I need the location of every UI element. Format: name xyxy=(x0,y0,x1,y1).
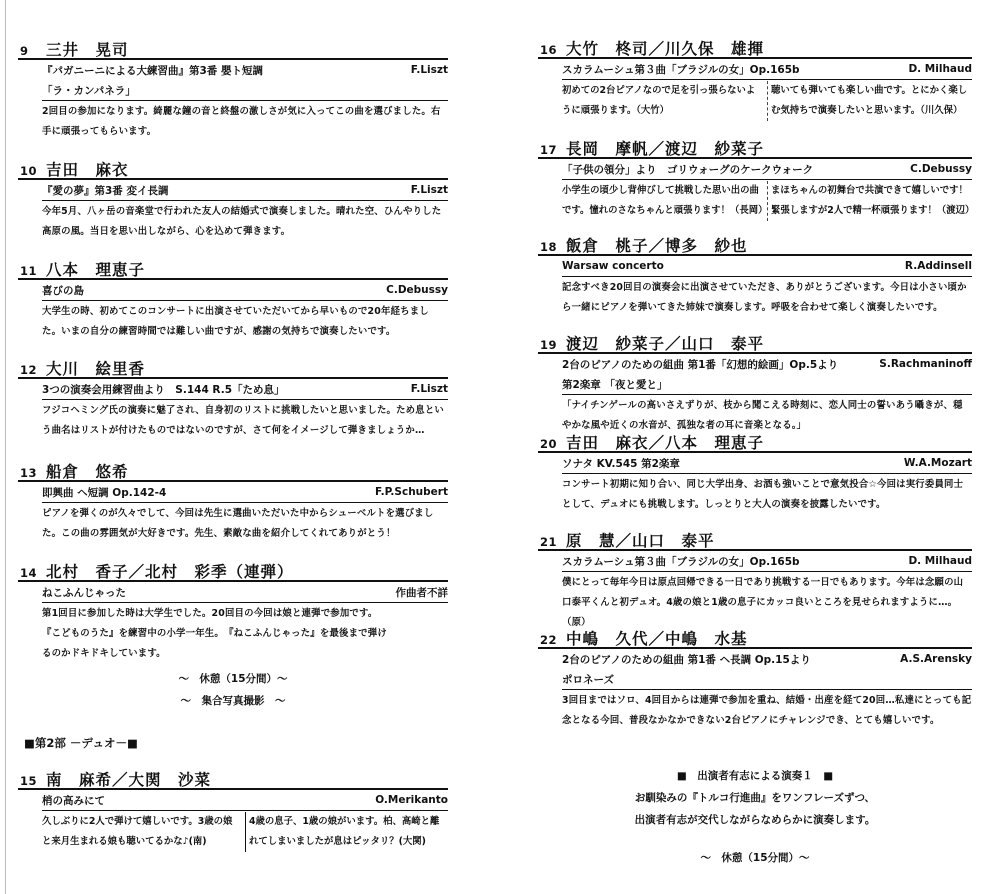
performer-name: 船倉 悠希 xyxy=(46,460,129,482)
program-entry-12: 12 大川 絵里香 3つの演奏会用練習曲より S.144 R.5「ため息」 F.… xyxy=(18,357,448,441)
entry-header: 18 飯倉 桃子／博多 紗也 xyxy=(538,234,972,256)
performer-name: 南 麻希／大関 沙菜 xyxy=(46,768,211,790)
entry-header: 10 吉田 麻衣 xyxy=(18,158,448,180)
piece-block: Warsaw concerto R.Addinsell xyxy=(562,256,972,277)
special-performance-title: ■ 出演者有志による演奏１ ■ xyxy=(538,765,972,787)
program-entry-9: 9 三井 晃司 『パガニーニによる大練習曲』第3番 嬰ト短調 F.Liszt 「… xyxy=(18,38,448,142)
comment-line: 第1回目に参加した時は大学生でした。20回目の今回は娘と連弾で参加です。 xyxy=(42,604,448,624)
piece-title: Warsaw concerto xyxy=(562,260,664,272)
piece-block: 『パガニーニによる大練習曲』第3番 嬰ト短調 F.Liszt 「ラ・カンパネラ」 xyxy=(42,60,448,101)
program-entry-18: 18 飯倉 桃子／博多 紗也 Warsaw concerto R.Addinse… xyxy=(538,234,972,318)
piece-block: スカラムーシュ第３曲「ブラジルの女」Op.165b D. Milhaud xyxy=(562,551,972,572)
piece-title: 3つの演奏会用練習曲より S.144 R.5「ため息」 xyxy=(42,382,285,397)
piece-block: 梢の高みにて O.Merikanto xyxy=(42,790,448,811)
comment-left: 久しぶりに2人で弾けて嬉しいです。3歳の娘と来月生まれる娘も聴いてるかな♪(南) xyxy=(42,812,245,852)
piece-title: 梢の高みにて xyxy=(42,793,105,808)
composer: 作曲者不詳 xyxy=(396,585,449,600)
composer: S.Rachmaninoff xyxy=(879,358,972,370)
intermission-break-2: ～ 休憩（15分間）～ xyxy=(538,847,972,869)
entry-header: 15 南 麻希／大関 沙菜 xyxy=(18,768,448,790)
comment-right: まほちゃんの初舞台で共演できて嬉しいです！緊張しますが2人で精一杯頑張ります！（… xyxy=(767,181,972,221)
intermission-photo: ～ 集合写真撮影 ～ xyxy=(18,690,448,712)
entry-number: 11 xyxy=(18,264,46,278)
piece-block: 「子供の領分」より ゴリウォーグのケークウォーク C.Debussy xyxy=(562,159,972,180)
performer-name: 八本 理恵子 xyxy=(46,258,145,280)
entry-number: 15 xyxy=(18,774,46,788)
piece-subtitle: ポロネーズ xyxy=(562,672,614,687)
entry-number: 16 xyxy=(538,43,566,57)
piece-title: 即興曲 ヘ短調 Op.142-4 xyxy=(42,485,166,500)
piece-title: スカラムーシュ第３曲「ブラジルの女」Op.165b xyxy=(562,554,800,569)
composer: D. Milhaud xyxy=(908,63,972,75)
performer-comment: 今年5月、八ヶ岳の音楽堂で行われた友人の結婚式で演奏しました。晴れた空、ひんやり… xyxy=(42,201,448,242)
piece-title: 2台のピアノのための組曲 第1番 ヘ長調 Op.15より xyxy=(562,652,811,667)
piece-block: 2台のピアノのための組曲 第1番「幻想的絵画」Op.5より S.Rachmani… xyxy=(562,354,972,395)
performer-name: 吉田 麻衣 xyxy=(46,158,129,180)
performer-name: 原 慧／山口 泰平 xyxy=(566,529,715,551)
entry-number: 19 xyxy=(538,338,566,352)
page-edge xyxy=(5,0,6,894)
performer-comment: 第1回目に参加した時は大学生でした。20回目の今回は娘と連弾で参加です。 『こど… xyxy=(42,603,448,664)
composer: W.A.Mozart xyxy=(904,457,972,469)
composer: F.Liszt xyxy=(411,64,448,76)
entry-number: 9 xyxy=(18,44,46,58)
composer: C.Debussy xyxy=(910,163,972,175)
performer-comments: 初めての2台ピアノなので足を引っ張らないように頑張ります。（大竹） 聴いても弾い… xyxy=(562,80,972,121)
entry-header: 16 大竹 柊司／川久保 雄揮 xyxy=(538,37,972,59)
entry-header: 12 大川 絵里香 xyxy=(18,357,448,379)
composer: A.S.Arensky xyxy=(900,653,972,665)
entry-number: 20 xyxy=(538,437,566,451)
performer-name: 北村 香子／北村 彩季（連弾） xyxy=(46,560,294,582)
performer-comments: 久しぶりに2人で弾けて嬉しいです。3歳の娘と来月生まれる娘も聴いてるかな♪(南)… xyxy=(42,811,448,852)
performer-name: 飯倉 桃子／博多 紗也 xyxy=(566,234,748,256)
program-entry-22: 22 中嶋 久代／中嶋 水基 2台のピアノのための組曲 第1番 ヘ長調 Op.1… xyxy=(538,627,972,731)
performer-comment: コンサート初期に知り合い、同じ大学出身、お酒も強いことで意気投合☆今回は実行委員… xyxy=(562,474,972,515)
intermission-note: ～ 休憩（15分間）～ ～ 集合写真撮影 ～ xyxy=(18,668,448,712)
program-entry-20: 20 吉田 麻衣／八本 理恵子 ソナタ KV.545 第2楽章 W.A.Moza… xyxy=(538,431,972,515)
performer-comment: 大学生の時、初めてこのコンサートに出演させていただいてから早いもので20年経ちま… xyxy=(42,301,448,342)
entry-header: 9 三井 晃司 xyxy=(18,38,448,60)
performer-comment: 僕にとって毎年今日は原点回帰できる一日であり挑戦する一日でもあります。今年は念願… xyxy=(562,572,972,633)
entry-number: 21 xyxy=(538,535,566,549)
comment-line: 『こどものうた』を練習中の小学一年生。 『ねこふんじゃった』を最後まで弾け xyxy=(42,624,448,644)
comment-left: 小学生の頃少し背伸びして挑戦した思い出の曲です。憧れのさなちゃんと頑張ります！（… xyxy=(562,181,767,221)
piece-block: 3つの演奏会用練習曲より S.144 R.5「ため息」 F.Liszt xyxy=(42,379,448,400)
program-entry-13: 13 船倉 悠希 即興曲 ヘ短調 Op.142-4 F.P.Schubert ピ… xyxy=(18,460,448,544)
piece-title: 『パガニーニによる大練習曲』第3番 嬰ト短調 xyxy=(42,63,263,78)
piece-subtitle: 第2楽章 「夜と愛と」 xyxy=(562,377,667,392)
composer: F.P.Schubert xyxy=(375,486,448,498)
program-entry-17: 17 長岡 摩帆／渡辺 紗菜子 「子供の領分」より ゴリウォーグのケークウォーク… xyxy=(538,137,972,221)
performer-name: 長岡 摩帆／渡辺 紗菜子 xyxy=(566,137,764,159)
entry-header: 19 渡辺 紗菜子／山口 泰平 xyxy=(538,332,972,354)
piece-block: ねこふんじゃった 作曲者不詳 xyxy=(42,582,448,603)
program-entry-10: 10 吉田 麻衣 『愛の夢』第3番 変イ長調 F.Liszt 今年5月、八ヶ岳の… xyxy=(18,158,448,242)
entry-header: 11 八本 理恵子 xyxy=(18,258,448,280)
performer-name: 大竹 柊司／川久保 雄揮 xyxy=(566,37,764,59)
entry-header: 20 吉田 麻衣／八本 理恵子 xyxy=(538,431,972,453)
composer: O.Merikanto xyxy=(375,794,448,806)
performer-comment: フジコヘミング氏の演奏に魅了され、自身初のリストに挑戦したいと思いました。ため息… xyxy=(42,400,448,441)
entry-number: 22 xyxy=(538,633,566,647)
performer-comment: 2回目の参加になります。綺麗な鐘の音と終盤の激しさが気に入ってこの曲を選びました… xyxy=(42,101,448,142)
entry-number: 10 xyxy=(18,164,46,178)
piece-title: スカラムーシュ第３曲「ブラジルの女」Op.165b xyxy=(562,62,800,77)
performer-comment: ピアノを弾くのが久々でして、今回は先生に選曲いただいた中からシューベルトを選びま… xyxy=(42,503,448,544)
entry-number: 14 xyxy=(18,566,46,580)
piece-title: ソナタ KV.545 第2楽章 xyxy=(562,456,680,471)
piece-block: 即興曲 ヘ短調 Op.142-4 F.P.Schubert xyxy=(42,482,448,503)
special-performance-note: ■ 出演者有志による演奏１ ■ お馴染みの『トルコ行進曲』をワンフレーズずつ、 … xyxy=(538,765,972,869)
composer: F.Liszt xyxy=(411,184,448,196)
composer: D. Milhaud xyxy=(908,555,972,567)
piece-block: 喜びの島 C.Debussy xyxy=(42,280,448,301)
piece-subtitle: 「ラ・カンパネラ」 xyxy=(42,83,136,98)
entry-header: 17 長岡 摩帆／渡辺 紗菜子 xyxy=(538,137,972,159)
comment-line: るのかドキドキしています。 xyxy=(42,644,448,664)
piece-title: 『愛の夢』第3番 変イ長調 xyxy=(42,183,168,198)
performer-name: 渡辺 紗菜子／山口 泰平 xyxy=(566,332,764,354)
performer-name: 大川 絵里香 xyxy=(46,357,145,379)
piece-block: 『愛の夢』第3番 変イ長調 F.Liszt xyxy=(42,180,448,201)
program-entry-21: 21 原 慧／山口 泰平 スカラムーシュ第３曲「ブラジルの女」Op.165b D… xyxy=(538,529,972,633)
composer: R.Addinsell xyxy=(905,260,972,272)
piece-block: ソナタ KV.545 第2楽章 W.A.Mozart xyxy=(562,453,972,474)
piece-title: ねこふんじゃった xyxy=(42,585,126,600)
performer-name: 中嶋 久代／中嶋 水基 xyxy=(566,627,748,649)
special-performance-line1: お馴染みの『トルコ行進曲』をワンフレーズずつ、 xyxy=(538,787,972,809)
performer-comment: 「ナイチンゲールの高いさえずりが、枝から聞こえる時刻に、恋人同士の誓いあう囁きが… xyxy=(562,395,972,436)
comment-right: 聴いても弾いても楽しい曲です。とにかく楽しむ気持ちで演奏したいと思います。（川久… xyxy=(767,81,972,121)
entry-header: 22 中嶋 久代／中嶋 水基 xyxy=(538,627,972,649)
performer-comments: 小学生の頃少し背伸びして挑戦した思い出の曲です。憧れのさなちゃんと頑張ります！（… xyxy=(562,180,972,221)
entry-header: 13 船倉 悠希 xyxy=(18,460,448,482)
performer-name: 三井 晃司 xyxy=(46,38,129,60)
intermission-break: ～ 休憩（15分間）～ xyxy=(18,668,448,690)
composer: F.Liszt xyxy=(411,383,448,395)
entry-number: 13 xyxy=(18,466,46,480)
performer-comment: 3回目まではソロ、4回目からは連弾で参加を重ね、結婚・出産を経て20回…私達にと… xyxy=(562,690,972,731)
program-entry-15: 15 南 麻希／大関 沙菜 梢の高みにて O.Merikanto 久しぶりに2人… xyxy=(18,768,448,852)
piece-title: 喜びの島 xyxy=(42,283,84,298)
piece-title: 「子供の領分」より ゴリウォーグのケークウォーク xyxy=(562,162,813,177)
entry-number: 18 xyxy=(538,240,566,254)
performer-comment: 記念すべき20回目の演奏会に出演させていただき、ありがとうございます。今日は小さ… xyxy=(562,277,972,318)
piece-block: スカラムーシュ第３曲「ブラジルの女」Op.165b D. Milhaud xyxy=(562,59,972,80)
comment-left: 初めての2台ピアノなので足を引っ張らないように頑張ります。（大竹） xyxy=(562,81,767,121)
entry-number: 12 xyxy=(18,363,46,377)
program-entry-16: 16 大竹 柊司／川久保 雄揮 スカラムーシュ第３曲「ブラジルの女」Op.165… xyxy=(538,37,972,121)
special-performance-line2: 出演者有志が交代しながらなめらかに演奏します。 xyxy=(538,809,972,831)
program-entry-11: 11 八本 理恵子 喜びの島 C.Debussy 大学生の時、初めてこのコンサー… xyxy=(18,258,448,342)
comment-right: 4歳の息子、1歳の娘がいます。柏、高崎と離れてしまいましたが息はピッタリ？(大関… xyxy=(245,812,448,852)
entry-header: 21 原 慧／山口 泰平 xyxy=(538,529,972,551)
entry-header: 14 北村 香子／北村 彩季（連弾） xyxy=(18,560,448,582)
piece-block: 2台のピアノのための組曲 第1番 ヘ長調 Op.15より A.S.Arensky… xyxy=(562,649,972,690)
program-entry-14: 14 北村 香子／北村 彩季（連弾） ねこふんじゃった 作曲者不詳 第1回目に参… xyxy=(18,560,448,664)
program-entry-19: 19 渡辺 紗菜子／山口 泰平 2台のピアノのための組曲 第1番「幻想的絵画」O… xyxy=(538,332,972,436)
piece-title: 2台のピアノのための組曲 第1番「幻想的絵画」Op.5より xyxy=(562,357,838,372)
section-title-part2: ■第2部 －デュオ－■ xyxy=(24,735,138,751)
performer-name: 吉田 麻衣／八本 理恵子 xyxy=(566,431,764,453)
entry-number: 17 xyxy=(538,143,566,157)
composer: C.Debussy xyxy=(386,284,448,296)
